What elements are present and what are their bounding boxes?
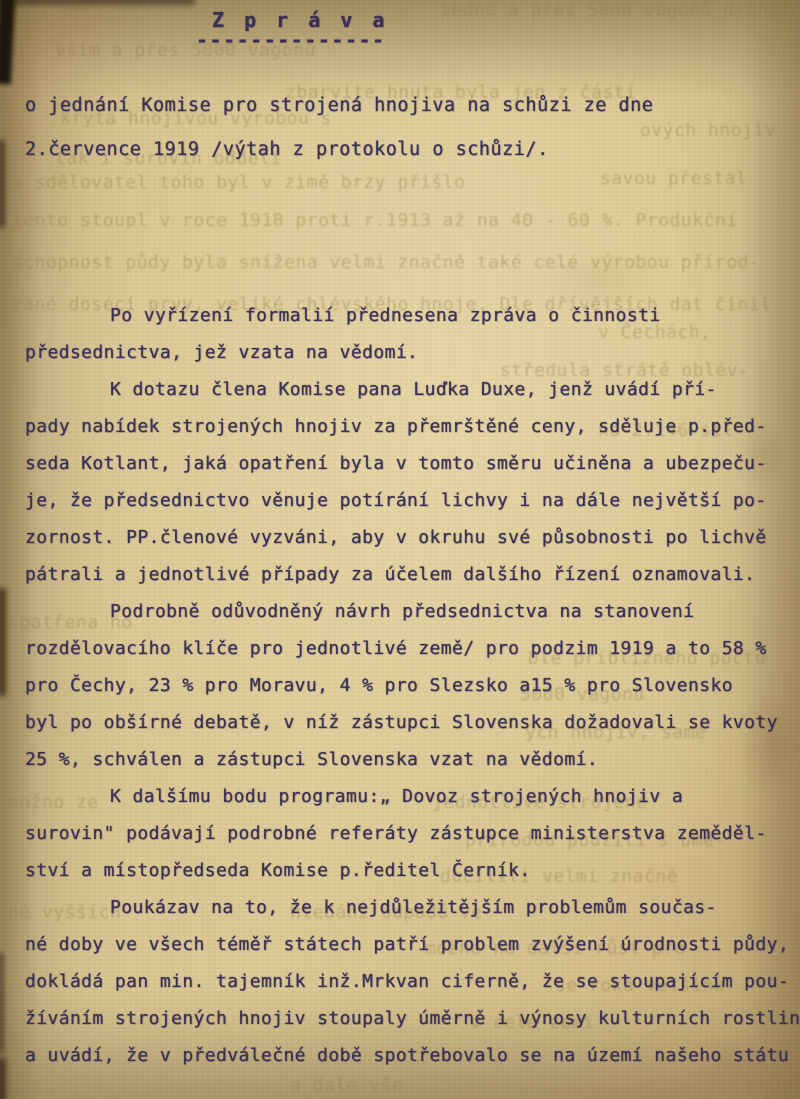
- body-line: byl po obšírné debatě, v níž zástupci Sl…: [25, 704, 785, 741]
- body-line: seda Kotlant, jaká opatření byla v tomto…: [25, 445, 785, 482]
- paragraph: K dalšímu bodu programu:„ Dovoz strojený…: [25, 778, 785, 889]
- ghost-text-fragment: a dále vše: [290, 1075, 403, 1096]
- dark-left-edge-mark: [0, 953, 4, 1053]
- paragraph: Podrobně odůvodněný návrh předsednictva …: [25, 593, 785, 778]
- body-line: Po vyřízení formalií přednesena zpráva o…: [25, 297, 785, 334]
- subtitle-line: 2.července 1919 /výtah z protokolu o sch…: [25, 128, 653, 172]
- dark-top-edge: [0, 0, 195, 5]
- report-subtitle: o jednání Komise pro strojená hnojiva na…: [25, 84, 653, 172]
- body-line: dokládá pan min. tajemník inž.Mrkvan cif…: [25, 963, 785, 1000]
- dark-left-edge-mark: [0, 588, 6, 696]
- subtitle-line: o jednání Komise pro strojená hnojiva na…: [25, 84, 653, 128]
- paragraph: Po vyřízení formalií přednesena zpráva o…: [25, 297, 785, 371]
- ghost-text-fragment: ledna a přes 5000 vagonů drahocen-: [440, 0, 800, 21]
- body-line: K dalšímu bodu programu:„ Dovoz strojený…: [25, 778, 785, 815]
- body-line: pro Čechy, 23 % pro Moravu, 4 % pro Slez…: [25, 667, 785, 704]
- body-line: surovin" podávají podrobné referáty zást…: [25, 815, 785, 852]
- body-line: rozdělovacího klíče pro jednotlivé země/…: [25, 630, 785, 667]
- body-line: 25 %, schválen a zástupci Slovenska vzat…: [25, 741, 785, 778]
- body-text: Po vyřízení formalií přednesena zpráva o…: [25, 297, 785, 1074]
- dark-left-edge-mark: [0, 1058, 6, 1099]
- body-line: Podrobně odůvodněný návrh předsednictva …: [25, 593, 785, 630]
- paragraph: K dotazu člena Komise pana Luďka Duxe, j…: [25, 371, 785, 593]
- body-line: pátrali a jednotlivé případy za účelem d…: [25, 556, 785, 593]
- title-underline: --------------: [196, 28, 386, 52]
- ghost-text-fragment: a sdělovatel toho byl v zimě brzy přišlo: [12, 172, 465, 193]
- body-line: je, že předsednictvo věnuje potírání lic…: [25, 482, 785, 519]
- body-line: né doby ve všech téměř státech patří pro…: [25, 926, 785, 963]
- body-line: žíváním strojených hnojiv stoupaly úměrn…: [25, 1000, 785, 1037]
- paragraph: Poukázav na to, že k nejdůležitějším pro…: [25, 889, 785, 1074]
- body-line: Poukázav na to, že k nejdůležitějším pro…: [25, 889, 785, 926]
- body-line: a uvádí, že v předválečné době spotřebov…: [25, 1037, 785, 1074]
- ghost-text-fragment: schopnost půdy byla snížena velmi značně…: [12, 252, 760, 273]
- body-line: K dotazu člena Komise pana Luďka Duxe, j…: [25, 371, 785, 408]
- scanned-document-page: ledna a přes 5000 vagonů drahocen-vším a…: [0, 0, 800, 1099]
- body-line: ství a místopředseda Komise p.ředitel Če…: [25, 852, 785, 889]
- body-line: pady nabídek strojených hnojiv za přemrš…: [25, 408, 785, 445]
- body-line: zornost. PP.členové vyzváni, aby v okruh…: [25, 519, 785, 556]
- ghost-text-fragment: tento stoupl v roce 1918 proti r.1913 až…: [12, 210, 738, 231]
- ghost-text-fragment: ových hnojiv: [640, 120, 776, 141]
- torn-edge-top-left: [0, 0, 15, 84]
- body-line: předsednictva, jež vzata na vědomí.: [25, 334, 785, 371]
- dark-left-edge-mark: [0, 140, 5, 228]
